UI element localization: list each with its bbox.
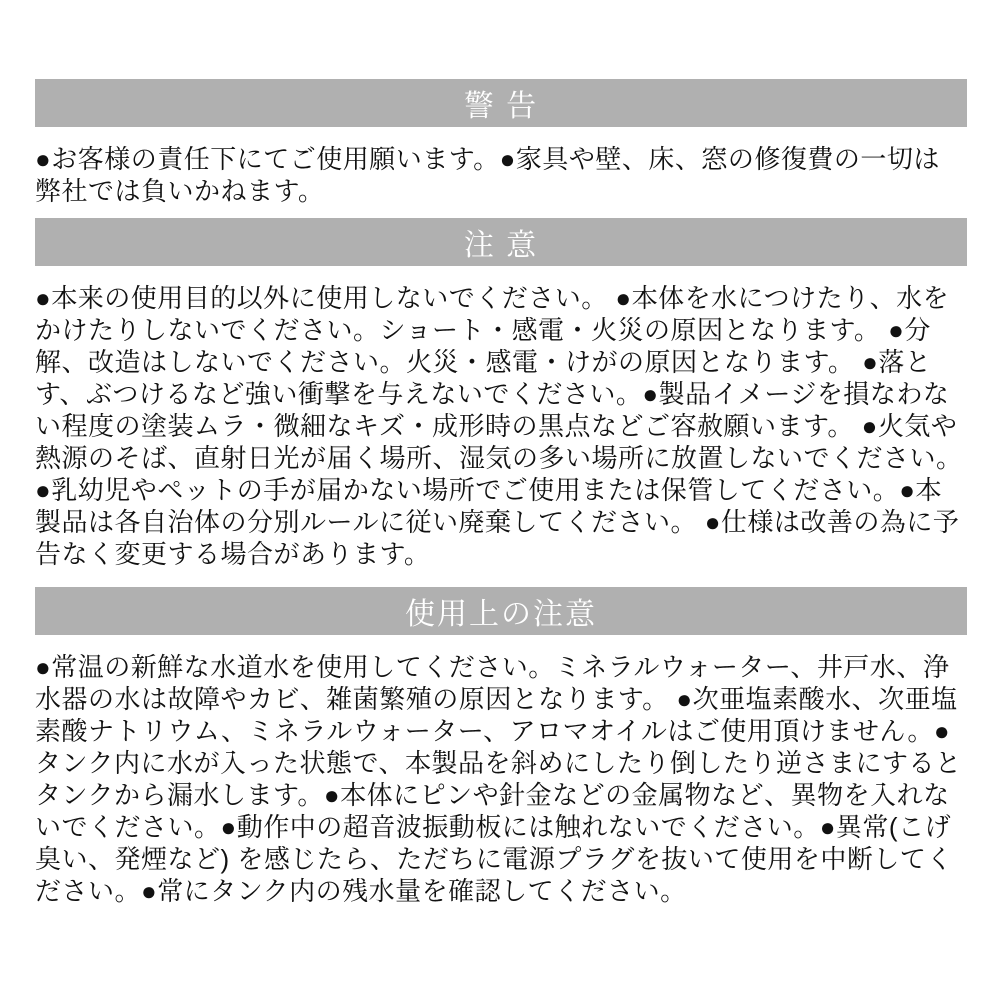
section-usage-precautions: 使用上の注意 ●常温の新鮮な水道水を使用してください。ミネラルウォーター、井戸水… bbox=[35, 587, 967, 907]
warning-heading: 警 告 bbox=[464, 81, 538, 125]
usage-precautions-heading: 使用上の注意 bbox=[405, 589, 597, 633]
caution-heading: 注 意 bbox=[464, 220, 538, 264]
usage-precautions-header-bar: 使用上の注意 bbox=[35, 587, 967, 635]
section-caution: 注 意 ●本来の使用目的以外に使用しないでください。 ●本体を水につけたり、水を… bbox=[35, 218, 967, 570]
caution-body-text: ●本来の使用目的以外に使用しないでください。 ●本体を水につけたり、水をかけたり… bbox=[35, 282, 967, 570]
caution-header-bar: 注 意 bbox=[35, 218, 967, 266]
warning-body-text: ●お客様の責任下にてご使用願います。●家具や壁、床、窓の修復費の一切は 弊社では… bbox=[35, 143, 967, 207]
section-warning: 警 告 ●お客様の責任下にてご使用願います。●家具や壁、床、窓の修復費の一切は … bbox=[35, 79, 967, 207]
warning-header-bar: 警 告 bbox=[35, 79, 967, 127]
safety-notice-document: 警 告 ●お客様の責任下にてご使用願います。●家具や壁、床、窓の修復費の一切は … bbox=[0, 0, 1000, 1000]
usage-precautions-body-text: ●常温の新鮮な水道水を使用してください。ミネラルウォーター、井戸水、浄水器の水は… bbox=[35, 651, 967, 907]
